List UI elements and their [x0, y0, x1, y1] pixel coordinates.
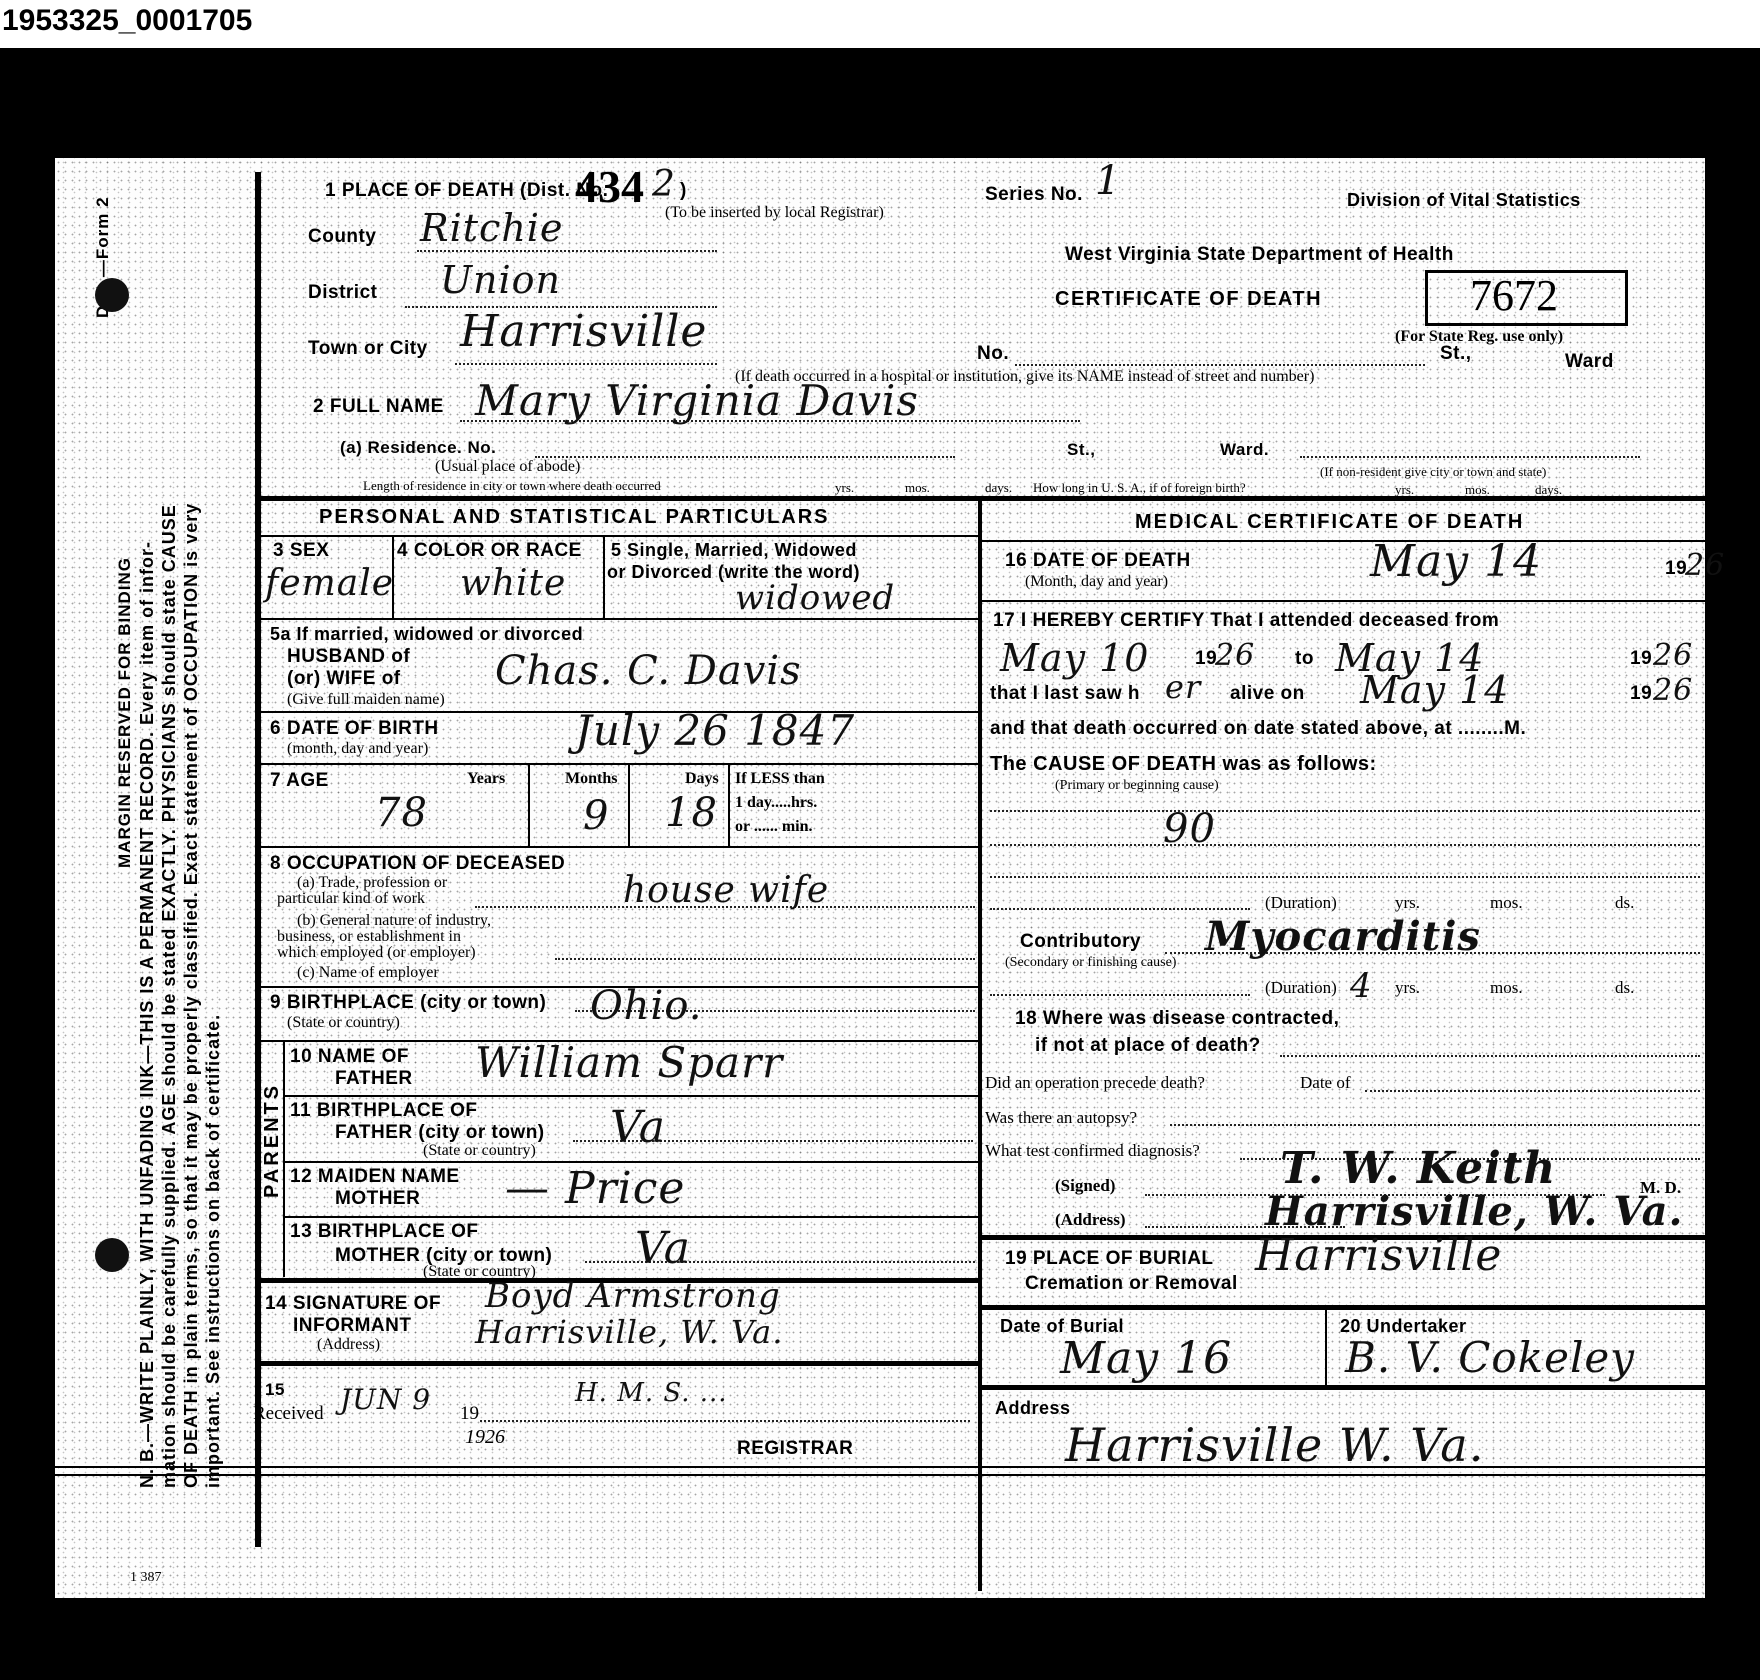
sex-label: 3 SEX	[273, 540, 329, 562]
mother-birthplace-label-1: 13 BIRTHPLACE OF	[290, 1221, 479, 1243]
undertaker-address-value: Harrisville W. Va.	[1065, 1418, 1484, 1472]
dob-label: 6 DATE OF BIRTH	[270, 718, 439, 740]
attended-from-date: May 10	[1000, 636, 1149, 680]
alive-on-label: alive on	[1230, 683, 1305, 705]
foreign-birth-label: How long in U. S. A., if of foreign birt…	[1033, 480, 1246, 496]
mother-maiden-label-1: 12 MAIDEN NAME	[290, 1166, 460, 1188]
father-name-value: William Sparr	[475, 1038, 783, 1087]
registrar-label: REGISTRAR	[737, 1438, 853, 1460]
town-value: Harrisville	[460, 306, 707, 357]
received-year-label: 19	[460, 1403, 479, 1425]
street-label: St.,	[1440, 343, 1472, 365]
dist-no-hand: 2	[652, 164, 676, 205]
spouse-value: Chas. C. Davis	[495, 648, 802, 694]
margin-line-binding: MARGIN RESERVED FOR BINDING	[115, 557, 135, 868]
registrar-signature: H. M. S. ...	[575, 1378, 728, 1408]
age-months-value: 9	[583, 793, 609, 839]
burial-date-value: May 16	[1060, 1333, 1232, 1384]
contributory-sublabel: (Secondary or finishing cause)	[1005, 955, 1176, 971]
contributory-value: Myocarditis	[1205, 913, 1481, 960]
punch-hole-bottom	[95, 1238, 129, 1272]
dob-sublabel: (month, day and year)	[287, 740, 428, 758]
occupation-value: house wife	[623, 870, 829, 911]
father-birthplace-sublabel: (State or country)	[423, 1142, 536, 1160]
punch-hole-top	[95, 278, 129, 312]
years-label: Years	[467, 770, 505, 788]
contributory-duration-yrs: yrs.	[1395, 978, 1420, 998]
received-date: JUN 9	[340, 1383, 431, 1416]
burial-place-value: Harrisville	[1255, 1230, 1502, 1281]
disease-contracted-label-1: 18 Where was disease contracted,	[1015, 1008, 1339, 1030]
parents-label: PARENTS	[261, 1083, 284, 1198]
last-saw-pronoun: er	[1165, 668, 1201, 706]
column-divider	[978, 496, 982, 1591]
contributory-label: Contributory	[1020, 931, 1141, 953]
occupation-a-2: particular kind of work	[277, 890, 425, 908]
attended-to-year-prefix: 19	[1630, 648, 1652, 670]
spouse-label-4: (Give full maiden name)	[287, 691, 445, 709]
father-name-label-1: 10 NAME OF	[290, 1046, 409, 1068]
primary-cause-sublabel: (Primary or beginning cause)	[1055, 778, 1219, 794]
residence-ward-label: Ward.	[1220, 440, 1269, 460]
received-number: 15	[265, 1380, 285, 1400]
age-days-value: 18	[665, 790, 718, 836]
informant-label-1: 14 SIGNATURE OF	[265, 1293, 441, 1315]
occupation-c: (c) Name of employer	[297, 964, 439, 982]
contributory-duration-mos: mos.	[1490, 978, 1523, 998]
autopsy-label: Was there an autopsy?	[985, 1108, 1137, 1128]
dist-no-close: )	[680, 180, 687, 202]
last-saw-year-prefix: 19	[1630, 683, 1652, 705]
father-birthplace-value: Va	[610, 1102, 666, 1153]
certificate-title: CERTIFICATE OF DEATH	[1055, 288, 1322, 311]
less-than-2: 1 day.....hrs.	[735, 794, 817, 812]
physician-signature: T. W. Keith	[1280, 1143, 1556, 1194]
primary-duration-ds: ds.	[1615, 893, 1634, 913]
residence-label: (a) Residence. No.	[340, 438, 496, 458]
father-name-label-2: FATHER	[335, 1068, 413, 1090]
age-years-value: 78	[375, 790, 428, 836]
marital-label-1: 5 Single, Married, Widowed	[611, 540, 857, 561]
certify-label: 17 I HEREBY CERTIFY That I attended dece…	[993, 610, 1499, 632]
last-saw-label: that I last saw h	[990, 683, 1140, 705]
division-label: Division of Vital Statistics	[1347, 190, 1581, 211]
to-label: to	[1295, 648, 1314, 670]
date-of-death-year-prefix: 19	[1665, 558, 1687, 580]
image-id-bar: 1953325_0001705	[0, 0, 1760, 48]
primary-duration-yrs: yrs.	[1395, 893, 1420, 913]
physician-address: Harrisville, W. Va.	[1265, 1188, 1683, 1235]
header-divider	[261, 496, 1705, 501]
date-of-death-year: 26	[1685, 548, 1725, 583]
attended-from-year-prefix: 19	[1195, 648, 1217, 670]
spouse-label-2: HUSBAND of	[287, 646, 410, 668]
contributory-duration-label: (Duration)	[1265, 978, 1337, 998]
place-of-death-label: 1 PLACE OF DEATH (Dist. No.	[325, 180, 608, 202]
informant-signature: Boyd Armstrong	[485, 1276, 781, 1316]
attended-from-year: 26	[1215, 638, 1255, 673]
date-of-death-label: 16 DATE OF DEATH	[1005, 550, 1191, 572]
marital-value: widowed	[735, 578, 895, 618]
contributory-duration-ds: ds.	[1615, 978, 1634, 998]
date-of-death-value: May 14	[1370, 536, 1542, 587]
certificate-number: 7672	[1470, 270, 1558, 321]
disease-contracted-label-2: if not at place of death?	[1035, 1035, 1261, 1057]
attended-to-year: 26	[1653, 638, 1693, 673]
nonresident-note: (If non-resident give city or town and s…	[1320, 464, 1546, 480]
informant-label-2: INFORMANT	[293, 1315, 411, 1337]
margin-line-important: important. See instructions on back of c…	[203, 1014, 224, 1488]
series-label: Series No.	[985, 184, 1083, 206]
mother-birthplace-value: Va	[635, 1223, 691, 1274]
mother-maiden-label-2: MOTHER	[335, 1188, 420, 1210]
race-label: 4 COLOR OR RACE	[397, 540, 582, 562]
form-left-border	[255, 172, 261, 1547]
residence-days: days.	[985, 480, 1012, 496]
less-than-3: or ...... min.	[735, 818, 812, 836]
death-occurred-label: and that death occurred on date stated a…	[990, 718, 1526, 740]
last-saw-date: May 14	[1360, 668, 1509, 712]
print-code: 1 387	[130, 1570, 162, 1586]
primary-duration-label: (Duration)	[1265, 893, 1337, 913]
months-label: Months	[565, 770, 617, 788]
image-id-label: 1953325_0001705	[2, 4, 252, 38]
informant-address-label: (Address)	[317, 1336, 380, 1354]
test-confirmed-label: What test confirmed diagnosis?	[985, 1141, 1200, 1161]
spouse-label-3: (or) WIFE of	[287, 668, 401, 690]
spouse-label-1: 5a If married, widowed or divorced	[270, 624, 583, 645]
mother-maiden-value: — Price	[505, 1163, 685, 1214]
county-value: Ritchie	[420, 206, 563, 250]
primary-duration-mos: mos.	[1490, 893, 1523, 913]
burial-place-label-1: 19 PLACE OF BURIAL	[1005, 1248, 1214, 1270]
margin-line-cause: OF DEATH in plain terms, so that it may …	[181, 503, 202, 1488]
signed-label: (Signed)	[1055, 1176, 1115, 1196]
personal-section-title: PERSONAL AND STATISTICAL PARTICULARS	[319, 506, 830, 529]
series-value: 1	[1095, 158, 1121, 204]
days-label: Days	[685, 770, 719, 788]
operation-label: Did an operation precede death?	[985, 1073, 1205, 1093]
residence-mos: mos.	[905, 480, 930, 496]
operation-date-label: Date of	[1300, 1073, 1351, 1093]
last-saw-year: 26	[1653, 673, 1693, 708]
less-than-1: If LESS than	[735, 770, 825, 788]
father-birthplace-label-1: 11 BIRTHPLACE OF	[290, 1100, 477, 1122]
usual-abode-note: (Usual place of abode)	[435, 458, 580, 476]
to-be-inserted-note: (To be inserted by local Registrar)	[665, 204, 884, 222]
date-of-death-sublabel: (Month, day and year)	[1025, 573, 1168, 591]
birthplace-value: Ohio.	[590, 983, 702, 1029]
occupation-b-3: which employed (or employer)	[277, 944, 476, 962]
cause-of-death-label: The CAUSE OF DEATH was as follows:	[990, 753, 1377, 776]
physician-address-label: (Address)	[1055, 1210, 1126, 1230]
age-label: 7 AGE	[270, 770, 329, 792]
department-label: West Virginia State Department of Health	[1065, 244, 1454, 266]
binding-margin: MARGIN RESERVED FOR BINDING N. B.—WRITE …	[55, 158, 255, 1598]
margin-line-nb: N. B.—WRITE PLAINLY, WITH UNFADING INK—T…	[137, 541, 158, 1488]
burial-place-label-2: Cremation or Removal	[1025, 1273, 1238, 1295]
received-label: Received	[253, 1403, 324, 1425]
margin-line-information: mation should be carefully supplied. AGE…	[159, 504, 180, 1488]
district-label: District	[308, 282, 377, 304]
residence-yrs: yrs.	[835, 480, 854, 496]
medical-section-title: MEDICAL CERTIFICATE OF DEATH	[1135, 511, 1524, 534]
received-year-stamp: 1926	[465, 1426, 505, 1449]
full-name-label: 2 FULL NAME	[313, 396, 444, 418]
county-label: County	[308, 226, 376, 248]
state-reg-note: (For State Reg. use only)	[1395, 328, 1563, 346]
undertaker-address-label: Address	[995, 1398, 1071, 1419]
birthplace-label: 9 BIRTHPLACE (city or town)	[270, 992, 546, 1014]
contributory-duration-yrs-value: 4	[1350, 966, 1373, 1006]
district-value: Union	[440, 258, 561, 302]
ward-label: Ward	[1565, 351, 1614, 373]
informant-address: Harrisville, W. Va.	[475, 1313, 783, 1351]
sex-value: female	[265, 563, 394, 604]
full-name-value: Mary Virginia Davis	[475, 376, 919, 425]
father-birthplace-label-2: FATHER (city or town)	[335, 1122, 545, 1144]
town-label: Town or City	[308, 338, 428, 360]
race-value: white	[460, 563, 566, 604]
length-residence-label: Length of residence in city or town wher…	[363, 478, 661, 494]
birthplace-sublabel: (State or country)	[287, 1014, 400, 1032]
occupation-label: 8 OCCUPATION OF DECEASED	[270, 853, 565, 875]
undertaker-value: B. V. Cokeley	[1345, 1333, 1635, 1382]
residence-street-label: St.,	[1067, 440, 1095, 460]
street-no-label: No.	[977, 343, 1009, 365]
dob-value: July 26 1847	[575, 706, 855, 755]
death-certificate: MARGIN RESERVED FOR BINDING N. B.—WRITE …	[55, 158, 1705, 1598]
dist-no-stamp: 434	[575, 160, 644, 213]
